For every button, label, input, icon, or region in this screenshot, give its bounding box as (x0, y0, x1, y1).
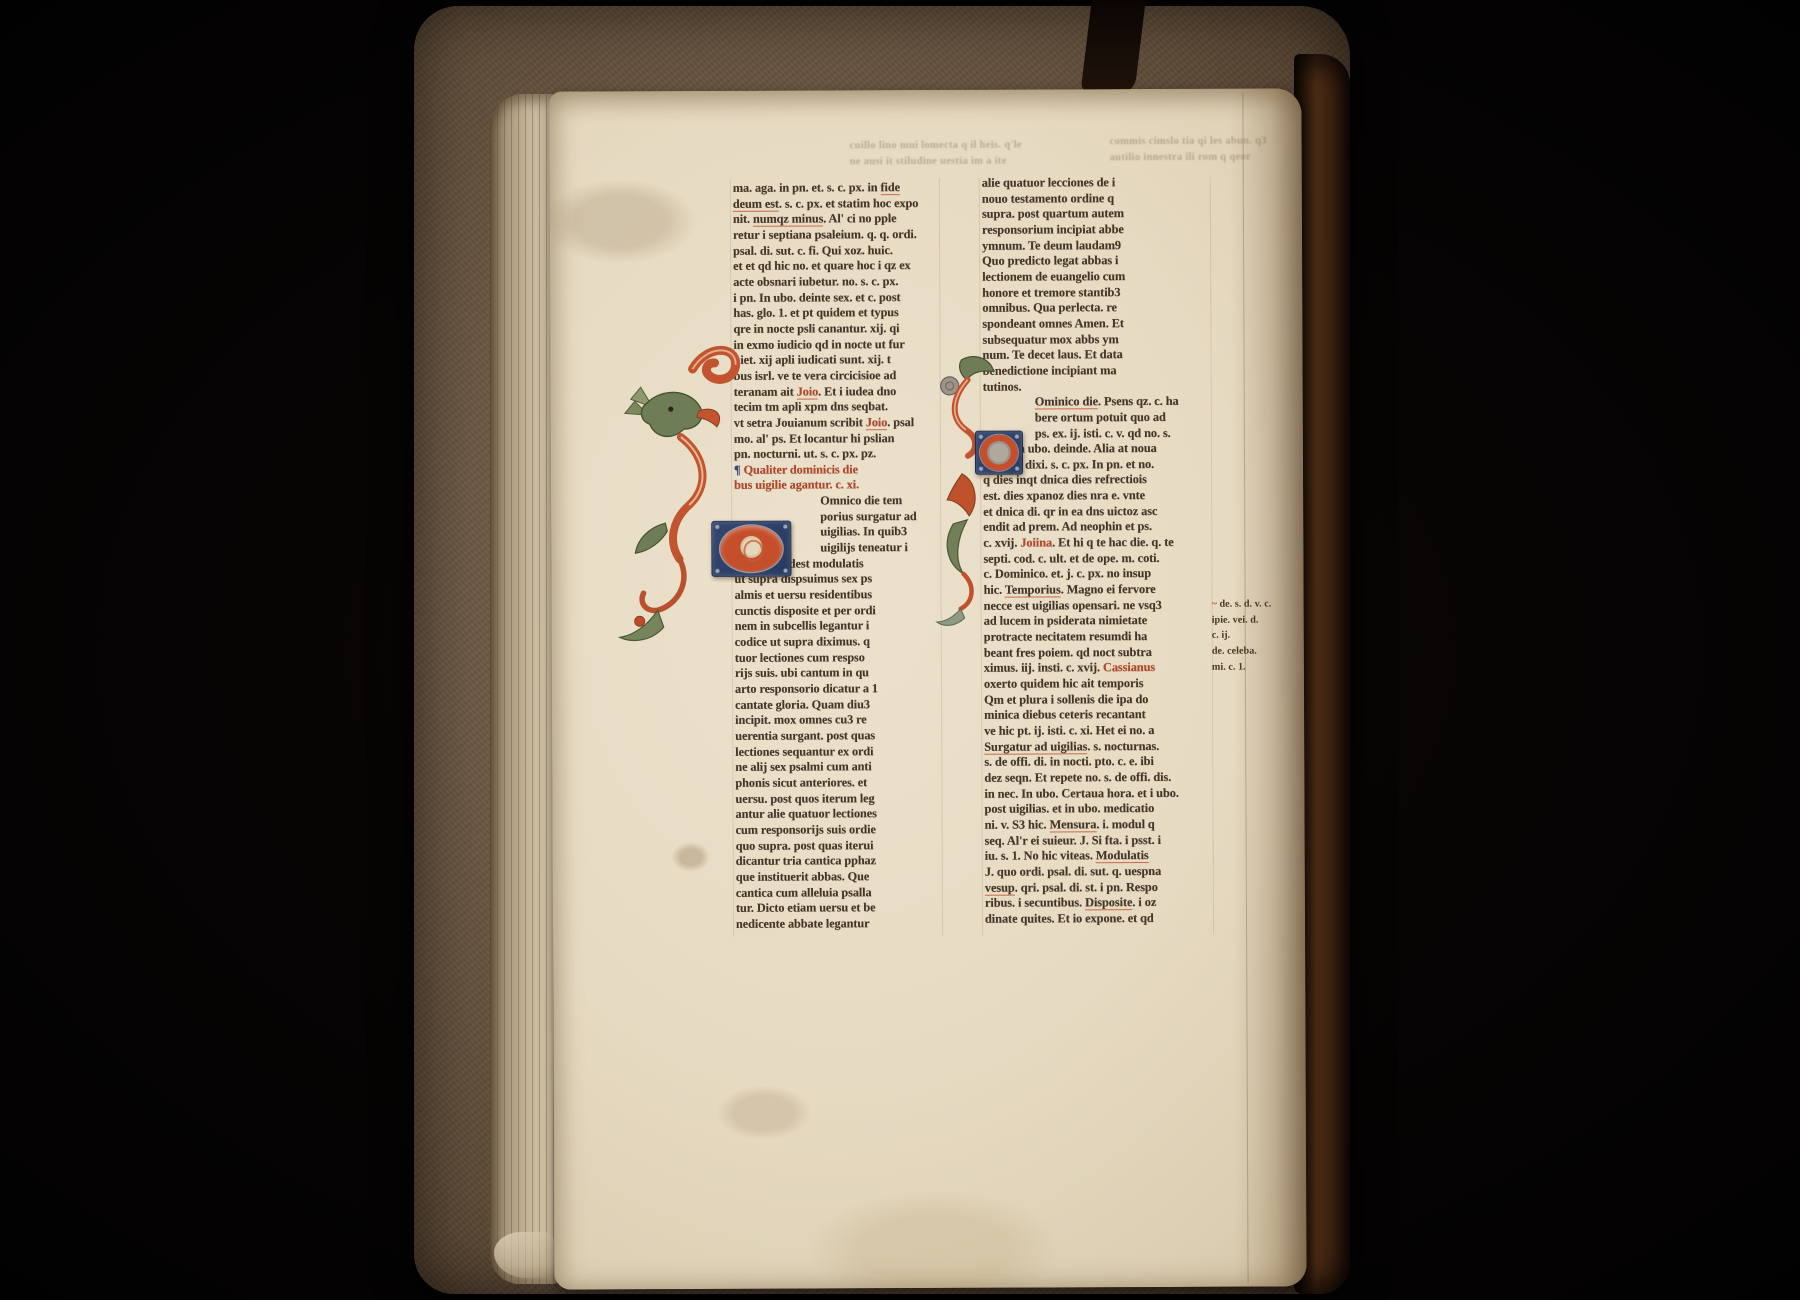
text-segment: Modulatis (1096, 848, 1149, 863)
manuscript-line: mi. c. 1. (1212, 659, 1296, 675)
manuscript-line: in nec. In ubo. Certaua hora. et i ubo. (984, 785, 1210, 802)
manuscript-line: iu. s. 1. No hic viteas. Modulatis (985, 848, 1211, 865)
manuscript-line: phonis sicut anteriores. et (735, 775, 939, 792)
text-segment: ni. v. S3 hic. (985, 817, 1050, 831)
text-segment: Temporius (1005, 582, 1061, 597)
manuscript-line: cuillo lino mui lomecta q il heis. q'le (850, 138, 1022, 154)
manuscript-line: J. quo ordi. psal. di. sut. q. uespna (985, 864, 1211, 881)
text-segment: psal. di. sut. c. fi. Qui xoz. huic. (733, 243, 893, 258)
manuscript-line: ipie. vei. d. (1212, 612, 1296, 628)
text-segment: Cassianus (1103, 660, 1155, 674)
text-segment: incipit. mox omnes cu3 re (735, 713, 867, 728)
text-segment: acte obsnari iubetur. no. s. c. px. (733, 274, 898, 289)
text-segment: . s. nocturnas. (1087, 739, 1159, 753)
manuscript-line: deum est. s. c. px. et statim hoc expo (733, 196, 937, 213)
manuscript-line: Omnico die tem (734, 493, 938, 510)
manuscript-line: et et qd hic no. et quare hoc i qz ex (733, 258, 937, 275)
manuscript-line: retur i septiana psaleium. q. q. ordi. (733, 227, 937, 244)
text-segment: . Psens qz. c. ha (1098, 394, 1179, 408)
manuscript-line: supra. post quartum autem (982, 206, 1208, 223)
text-segment: oxerto quidem hic ait temporis (984, 676, 1143, 691)
manuscript-line: omnibus. Qua perlecta. re (982, 300, 1208, 317)
text-segment: ne ausi it stiludine uestia im a ite (850, 155, 1007, 167)
manuscript-line: Quo predicto legat abbas i (982, 253, 1208, 270)
text-segment: deum est (733, 196, 779, 211)
text-segment: supra. post quartum autem (982, 206, 1124, 221)
showthrough-text-right: commis cimslo tia qi les abun. q3autilio… (1110, 134, 1267, 166)
manuscript-line: benedictione incipiant ma (983, 363, 1209, 380)
text-segment: et dnica di. qr in ea dns uictoz asc (983, 504, 1157, 519)
manuscript-line: uiet. xij apli iudicati sunt. xij. t (734, 352, 938, 369)
text-segment: spondeant omnes Amen. Et (982, 316, 1124, 331)
manuscript-line: q dies inqt dnica dies refrectiois (983, 472, 1209, 489)
text-segment: dinate quites. Et io expone. et qd (985, 911, 1154, 926)
text-segment: has. glo. 1. et pt quidem et typus (733, 305, 898, 320)
text-segment: ve hic pt. ij. isti. c. xi. Het ei no. a (984, 723, 1154, 738)
manuscript-line: c. ij. (1212, 628, 1296, 644)
manuscript-line: Surgatur ad uigilias. s. nocturnas. (984, 738, 1210, 755)
manuscript-line: oxerto quidem hic ait temporis (984, 676, 1210, 693)
text-segment: . psal (887, 415, 914, 429)
text-segment: lectiones sequantur ex ordi (735, 744, 873, 759)
text-segment: ma. aga. in pn. et. s. c. px. in (733, 180, 881, 195)
text-segment: seq. Al'r ei suieur. J. Si fta. i psst. … (985, 833, 1161, 848)
manuscript-line: alie quatuor lecciones de i (982, 175, 1208, 192)
manuscript-line: ne ausi it stiludine uestia im a ite (850, 153, 1022, 169)
manuscript-line: bere ortum potuit quo ad (983, 410, 1209, 427)
text-segment: . Et hi q te hac die. q. te (1052, 535, 1174, 550)
manuscript-line: uerentia surgant. post quas (735, 728, 939, 745)
text-segment: . Et i iudea dno (818, 384, 896, 398)
text-segment: antur alie quatuor lectiones (736, 806, 877, 821)
manuscript-line: dicantur tria cantica pphaz (736, 853, 940, 870)
manuscript-line: nit. numqz minus. Al' ci no pple (733, 211, 937, 228)
text-segment: uigilijs teneatur i (820, 540, 907, 554)
text-segment: . i oz (1132, 895, 1156, 909)
text-segment: Joio (866, 415, 888, 430)
text-segment: cantate gloria. Quam diu3 (735, 697, 870, 712)
manuscript-line: hic. Temporius. Magno ei fervore (984, 582, 1210, 599)
manuscript-line: tuor lectiones cum respso (735, 650, 939, 667)
dragon-flourish (608, 335, 759, 676)
text-segment: ribus. i secuntibus. (985, 896, 1085, 910)
text-segment: dicantur tria cantica pphaz (736, 853, 876, 868)
text-segment: minica diebus ceteris recantant (984, 707, 1146, 722)
manuscript-line: i pn. In ubo. deinte sex. et c. post (733, 290, 937, 307)
manuscript-line: tutinos. (983, 378, 1209, 395)
text-segment: nouo testamento ordine q (982, 191, 1114, 206)
text-segment: nit. (733, 212, 753, 226)
manuscript-line: vt setra Jouianum scribit Joio. psal (734, 415, 938, 432)
text-segment: responsorium incipiat abbe (982, 222, 1124, 237)
text-segment: phonis sicut anteriores. et (735, 775, 867, 790)
manuscript-line: s. de offi. di. in nocti. pto. c. e. ibi (984, 754, 1210, 771)
text-column-right: alie quatuor lecciones de inouo testamen… (982, 175, 1211, 927)
manuscript-line: seq. Al'r ei suieur. J. Si fta. i psst. … (985, 832, 1211, 849)
text-segment: fide (880, 180, 899, 195)
manuscript-line: quo supra. post quas iterui (736, 838, 940, 855)
text-segment: c. Dominico. et. j. c. px. no insup (983, 566, 1151, 581)
manuscript-line: ymnum. Te deum laudam9 (982, 237, 1208, 254)
text-segment: dez seqn. Et repete no. s. de offi. dis. (984, 770, 1171, 785)
illuminated-initial-O (711, 521, 791, 577)
text-segment: ipie. vei. d. (1212, 614, 1259, 625)
text-segment: in exmo iudicio qd in nocte ut fur (733, 337, 904, 352)
manuscript-line: ve hic pt. ij. isti. c. xi. Het ei no. a (984, 723, 1210, 740)
text-segment: post uigilias. et in ubo. medicatio (984, 801, 1154, 816)
text-segment: Mensura (1050, 817, 1097, 832)
text-segment: arto responsorio dicatur a 1 (735, 681, 878, 696)
text-segment: vesup (985, 880, 1015, 895)
text-segment: endit ad prem. Ad neophin et ps. (983, 519, 1152, 534)
text-segment: necce est uigilias opensari. ne vsq3 (984, 598, 1162, 613)
manuscript-line: in exmo iudicio qd in nocte ut fur (733, 337, 937, 354)
manuscript-line: subsequatur mox abbs ym (982, 331, 1208, 348)
text-segment: nedicente abbate legantur (736, 916, 870, 931)
text-segment: alie quatuor lecciones de i (982, 175, 1115, 190)
text-segment: mi. c. 1. (1212, 661, 1246, 672)
manuscript-line: beant fres poiem. qd noct subtra (984, 644, 1210, 661)
manuscript-line: honore et tremore stantib3 (982, 284, 1208, 301)
text-segment: est. dies xpanoz dies nra e. vnte (983, 488, 1145, 503)
manuscript-line: nouo testamento ordine q (982, 190, 1208, 207)
text-segment: J. quo ordi. psal. di. sut. q. uespna (985, 864, 1161, 879)
manuscript-line: cunctis disposite et per ordi (735, 603, 939, 620)
text-segment: qre in nocte psli canantur. xij. qi (733, 321, 899, 336)
text-segment: Qm et plura i sollenis die ipa do (984, 692, 1148, 707)
manuscript-line: c. Dominico. et. j. c. px. no insup (983, 566, 1209, 583)
text-segment: uersu. post quos iterum leg (735, 791, 874, 806)
text-segment: in nec. In ubo. Certaua hora. et i ubo. (984, 786, 1178, 801)
text-segment: . Al' ci no pple (823, 211, 896, 225)
text-segment: uigilias. In quib3 (820, 525, 907, 539)
text-segment: omnibus. Qua perlecta. re (982, 300, 1117, 315)
manuscript-line: Qm et plura i sollenis die ipa do (984, 691, 1210, 708)
manuscript-page: cuillo lino mui lomecta q il heis. q'len… (549, 88, 1306, 1289)
manuscript-line: post uigilias. et in ubo. medicatio (984, 801, 1210, 818)
text-segment: iu. s. 1. No hic viteas. (985, 848, 1096, 862)
manuscript-line: pn. nocturni. ut. s. c. px. pz. (734, 446, 938, 463)
text-segment: ~ (1212, 599, 1220, 610)
text-segment: cuillo lino mui lomecta q il heis. q'le (850, 140, 1022, 152)
text-segment: Surgatur ad uigilias (984, 739, 1087, 754)
manuscript-line: almis et uersu residentibus (735, 587, 939, 604)
text-segment: de. s. d. v. c. (1219, 599, 1271, 610)
text-segment: porius surgatur ad (820, 509, 916, 523)
manuscript-line: antur alie quatuor lectiones (736, 806, 940, 823)
text-segment: bere ortum potuit quo ad (1035, 410, 1166, 425)
manuscript-line: ne alij sex psalmi cum anti (735, 759, 939, 776)
manuscript-line: rijs suis. ubi cantum in qu (735, 665, 939, 682)
manuscript-line: septi. cod. c. ult. et de ope. m. coti. (983, 551, 1209, 568)
text-segment: i pn. In ubo. deinte sex. et c. post (733, 290, 900, 305)
text-segment: tur. Dicto etiam uersu et be (736, 900, 876, 915)
text-segment: Joiina (1020, 536, 1052, 550)
text-segment: septi. cod. c. ult. et de ope. m. coti. (983, 551, 1159, 566)
text-segment: de. celeba. (1212, 646, 1257, 657)
manuscript-line: de. celeba. (1212, 643, 1296, 659)
manuscript-line: ~ de. s. d. v. c. (1212, 596, 1296, 612)
manuscript-line: tecim tm apli xpm dns seqbat. (734, 399, 938, 416)
manuscript-line: et dnica di. qr in ea dns uictoz asc (983, 504, 1209, 521)
manuscript-line: necce est uigilias opensari. ne vsq3 (984, 597, 1210, 614)
initial-D-letterform (980, 435, 1018, 471)
manuscript-line: psal. di. sut. c. fi. Qui xoz. huic. (733, 243, 937, 260)
manuscript-line: ¶ Qualiter dominicis die (734, 462, 938, 479)
manuscript-line: Ominico die. Psens qz. c. ha (983, 394, 1209, 411)
text-segment: cum responsorijs suis ordie (736, 822, 876, 837)
manuscript-line: mo. al' ps. Et locantur hi pslian (734, 430, 938, 447)
text-segment: s. de offi. di. in nocti. pto. c. e. ibi (984, 754, 1154, 769)
text-segment: honore et tremore stantib3 (982, 285, 1120, 300)
text-segment: . s. c. px. et statim hoc expo (779, 196, 918, 211)
manuscript-line: cantate gloria. Quam diu3 (735, 697, 939, 714)
manuscript-line: ribus. i secuntibus. Disposite. i oz (985, 895, 1211, 912)
manuscript-line: qre in nocte psli canantur. xij. qi (733, 321, 937, 338)
manuscript-line: has. glo. 1. et pt quidem et typus (733, 305, 937, 322)
manuscript-line: num. Te decet laus. Et data (983, 347, 1209, 364)
text-segment: ymnum. Te deum laudam9 (982, 238, 1121, 253)
text-segment: Joio (797, 384, 819, 399)
text-segment: Quo predicto legat abbas i (982, 253, 1118, 268)
manuscript-line: endit ad prem. Ad neophin et ps. (983, 519, 1209, 536)
text-segment: Omnico die tem (820, 493, 902, 507)
manuscript-line: arto responsorio dicatur a 1 (735, 681, 939, 698)
illuminated-initial-D (975, 431, 1023, 475)
text-segment: . qri. psal. di. st. i pn. Respo (1015, 880, 1158, 895)
manuscript-line: incipit. mox omnes cu3 re (735, 712, 939, 729)
text-segment: commis cimslo tia qi les abun. q3 (1110, 136, 1267, 148)
manuscript-line: protracte necitatem resumdi ha (984, 629, 1210, 646)
initial-O-letterform (720, 526, 782, 572)
manuscript-line: lectionem de euangelio cum (982, 269, 1208, 286)
text-segment: cantica cum alleluia psalla (736, 885, 872, 900)
text-segment: retur i septiana psaleium. q. q. ordi. (733, 227, 917, 242)
margin-notes: ~ de. s. d. v. c.ipie. vei. d.c. ij.de. … (1212, 596, 1296, 675)
text-segment: ximus. iij. insti. c. xvij. (984, 661, 1103, 676)
text-segment: beant fres poiem. qd noct subtra (984, 645, 1152, 660)
manuscript-line: que instituerit abbas. Que (736, 869, 940, 886)
text-segment: . i. modul q (1096, 817, 1154, 831)
manuscript-line: dinate quites. Et io expone. et qd (985, 911, 1211, 928)
manuscript-line: vesup. qri. psal. di. st. i pn. Respo (985, 879, 1211, 896)
manuscript-line: c. xvij. Joiina. Et hi q te hac die. q. … (983, 535, 1209, 552)
text-segment: subsequatur mox abbs ym (982, 332, 1118, 347)
text-segment: Disposite (1085, 895, 1132, 910)
gutter-shadow (1229, 88, 1306, 1286)
manuscript-line: acte obsnari iubetur. no. s. c. px. (733, 274, 937, 291)
foliate-flourish (932, 352, 1005, 632)
showthrough-text-left: cuillo lino mui lomecta q il heis. q'len… (850, 138, 1022, 170)
manuscript-line: cum responsorijs suis ordie (736, 822, 940, 839)
manuscript-line: autilio innestra ili rom q qeor (1110, 149, 1267, 165)
manuscript-line: bus isrl. ve te vera circicisioe ad (734, 368, 938, 385)
manuscript-line: ni. v. S3 hic. Mensura. i. modul q (985, 817, 1211, 834)
manuscript-line: minica diebus ceteris recantant (984, 707, 1210, 724)
photo-stage: cuillo lino mui lomecta q il heis. q'len… (0, 0, 1800, 1300)
text-segment: ps. ex. ij. isti. c. v. qd no. s. (1035, 425, 1171, 440)
manuscript-line: responsorium incipiat abbe (982, 222, 1208, 239)
text-segment: uerentia surgant. post quas (735, 728, 875, 743)
manuscript-line: dez seqn. Et repete no. s. de offi. dis. (984, 770, 1210, 787)
manuscript-line: bus uigilie agantur. c. xi. (734, 477, 938, 494)
manuscript-line: ximus. iij. insti. c. xvij. Cassianus (984, 660, 1210, 677)
manuscript-line: nem in subcellis legantur i (735, 618, 939, 635)
text-segment: et et qd hic no. et quare hoc i qz ex (733, 258, 911, 273)
manuscript-line: lectiones sequantur ex ordi (735, 744, 939, 761)
manuscript-line: cantica cum alleluia psalla (736, 884, 940, 901)
text-segment: c. ij. (1212, 630, 1230, 641)
manuscript-line: spondeant omnes Amen. Et (982, 316, 1208, 333)
text-segment: quo supra. post quas iterui (736, 838, 874, 853)
text-segment: Qualiter dominicis die (744, 462, 858, 476)
text-segment: ne alij sex psalmi cum anti (735, 760, 871, 775)
manuscript-line: commis cimslo tia qi les abun. q3 (1110, 134, 1267, 150)
manuscript-line: ma. aga. in pn. et. s. c. px. in fide (733, 180, 937, 197)
manuscript-line: uersu. post quos iterum leg (735, 791, 939, 808)
manuscript-line: nedicente abbate legantur (736, 916, 940, 933)
text-segment: autilio innestra ili rom q qeor (1110, 151, 1251, 163)
manuscript-line: codice ut supra diximus. q (735, 634, 939, 651)
text-segment: ad lucem in psiderata nimietate (984, 613, 1148, 628)
manuscript-line: est. dies xpanoz dies nra e. vnte (983, 488, 1209, 505)
text-segment: q dies inqt dnica dies refrectiois (983, 473, 1147, 488)
text-segment: numqz minus (753, 212, 823, 227)
manuscript-line: ad lucem in psiderata nimietate (984, 613, 1210, 630)
page-corner-curl (494, 1232, 554, 1278)
text-segment: que instituerit abbas. Que (736, 869, 869, 884)
text-segment: protracte necitatem resumdi ha (984, 629, 1147, 644)
manuscript-line: tur. Dicto etiam uersu et be (736, 900, 940, 917)
text-segment: Ominico die (1035, 394, 1098, 409)
text-segment: lectionem de euangelio cum (982, 269, 1125, 284)
manuscript-line: teranam ait Joio. Et i iudea dno (734, 383, 938, 400)
text-segment: . Magno ei fervore (1061, 582, 1156, 596)
